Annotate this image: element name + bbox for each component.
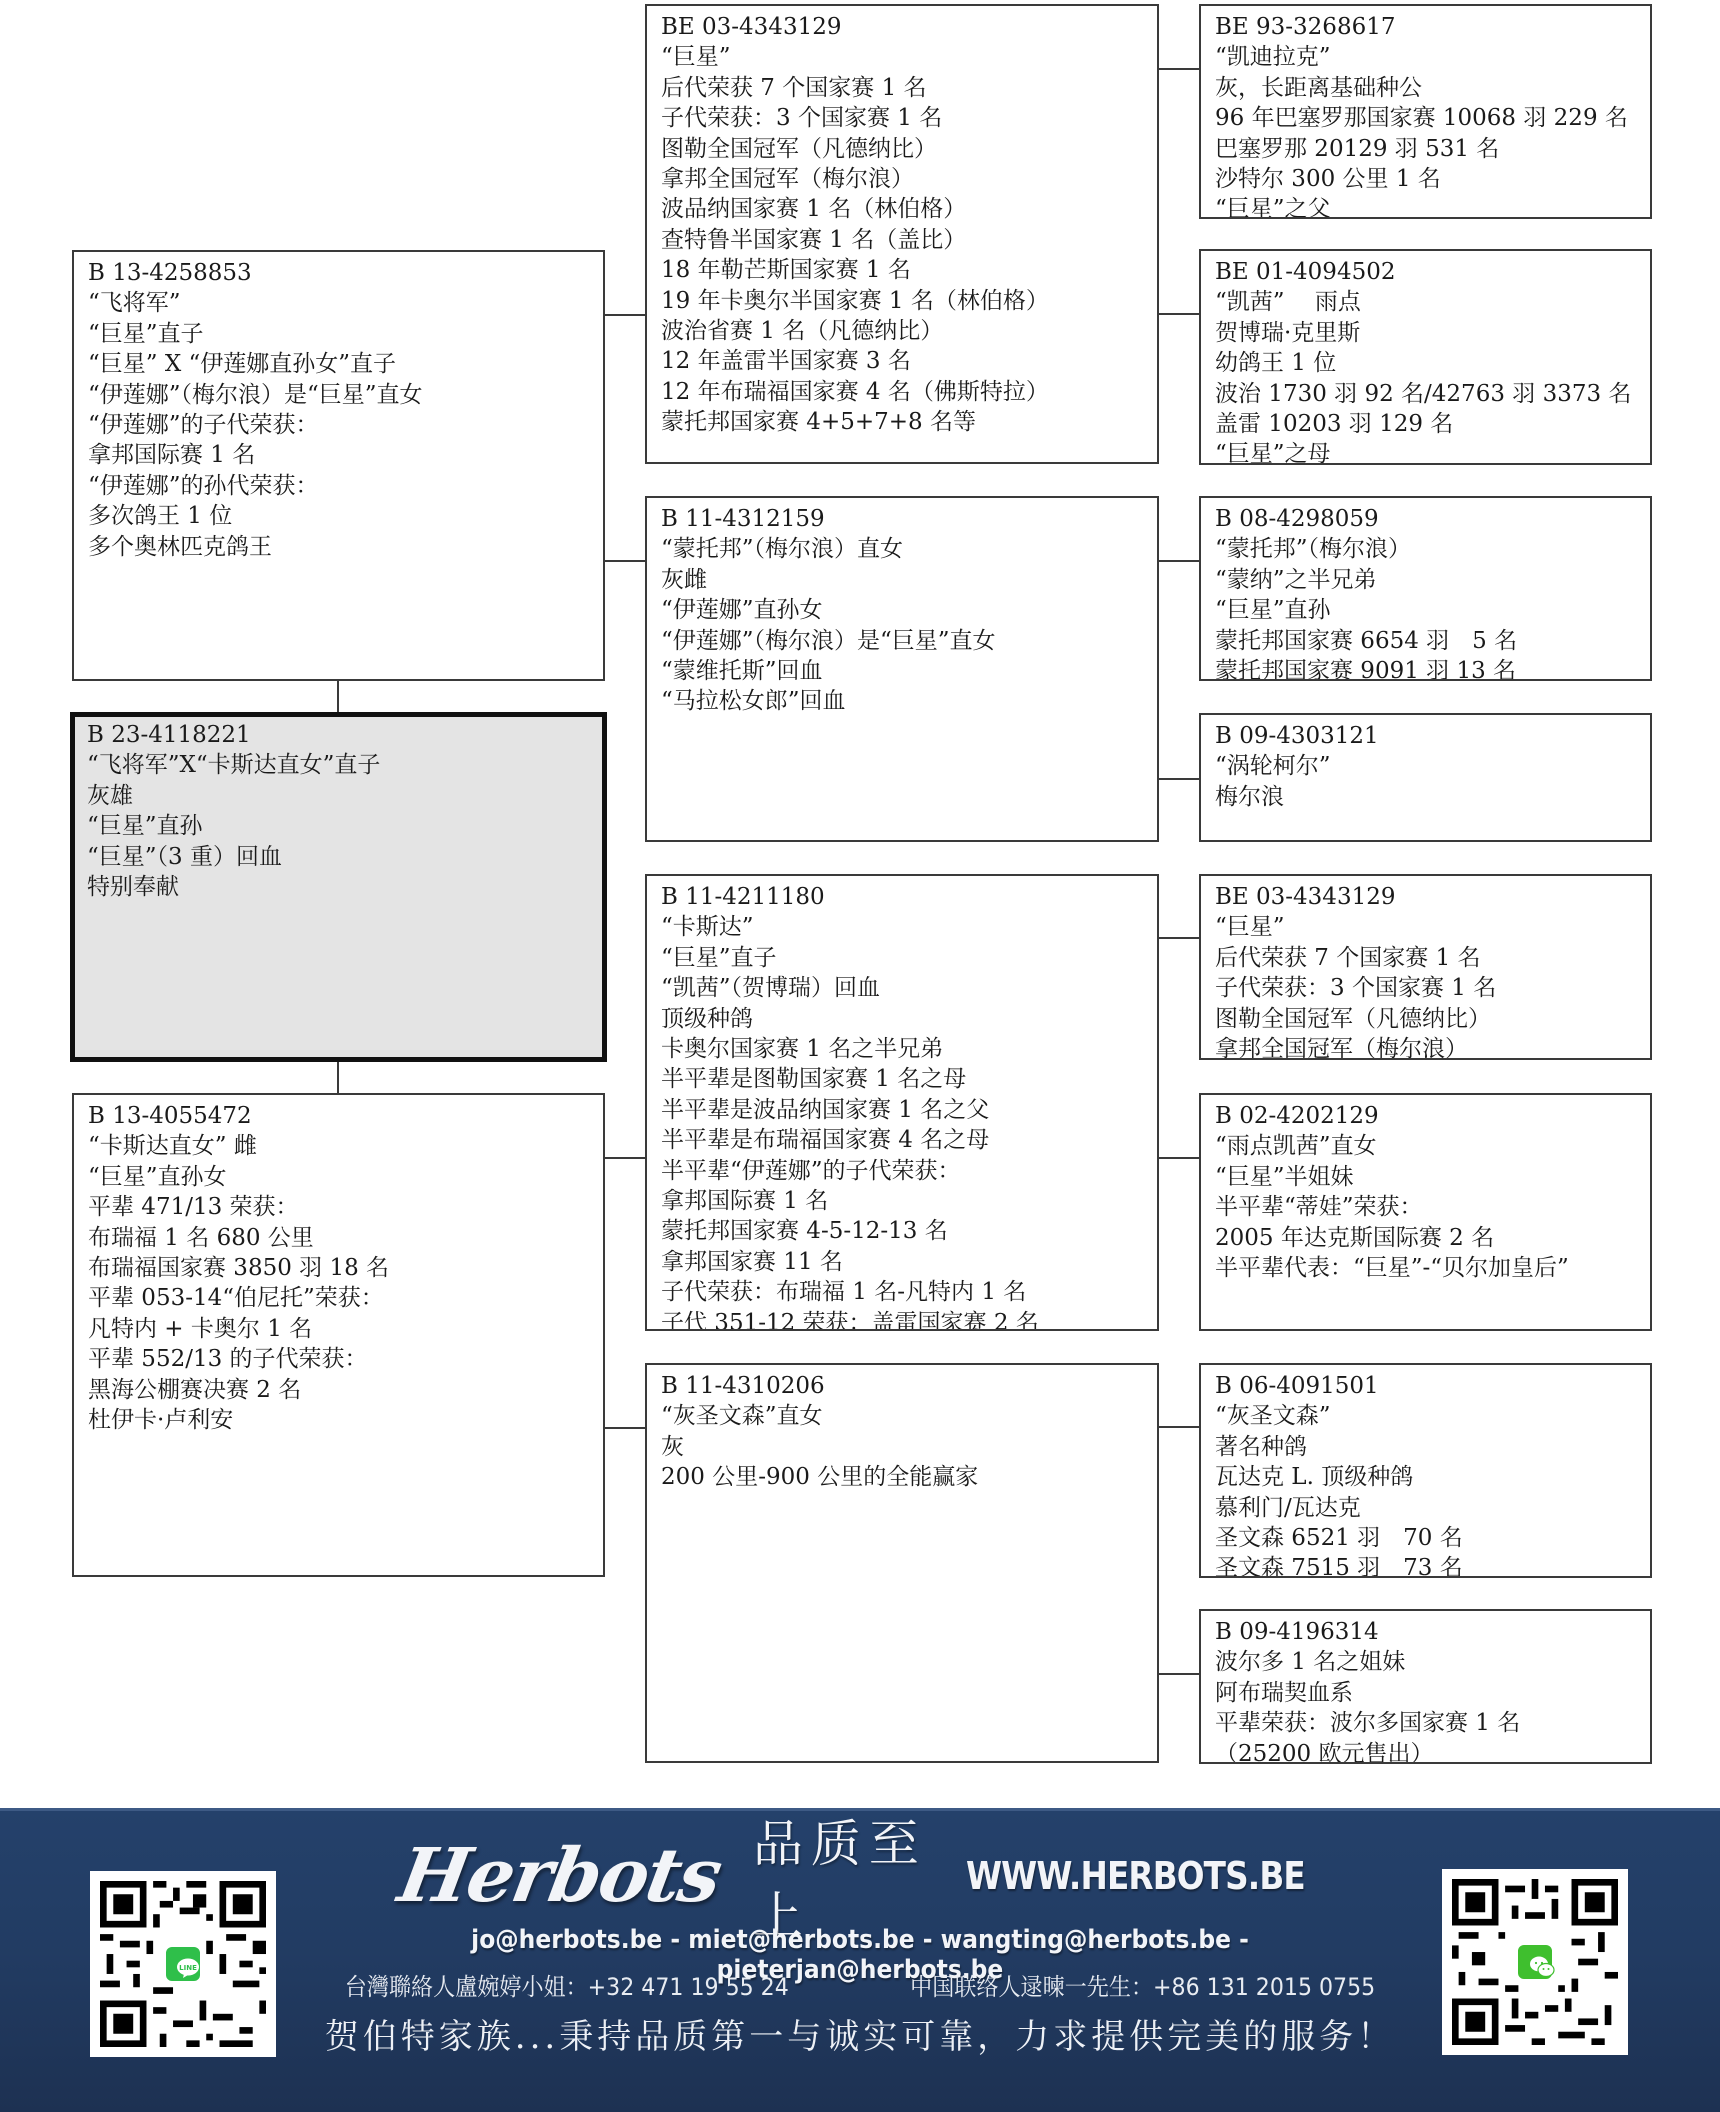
info-line: 灰雄 <box>87 781 590 811</box>
line-qr-code[interactable]: LINE <box>90 1871 276 2057</box>
info-line: “蒙维托斯”回血 <box>661 656 1143 686</box>
wechat-app-icon <box>1515 1942 1555 1982</box>
info-line: “蒙托邦”（梅尔浪）直女 <box>661 534 1143 564</box>
info-line: 96 年巴塞罗那国家赛 10068 羽 229 名 <box>1215 103 1636 133</box>
pedigree-ggp-box: B 02-4202129 “雨点凯茜”直女 “巨星”半姐妹 半平辈“蒂娃”荣获：… <box>1199 1093 1652 1331</box>
pedigree-ggp-box: B 09-4303121 “涡轮柯尔” 梅尔浪 <box>1199 713 1652 842</box>
pedigree-sire-box: B 13-4258853 “飞将军” “巨星”直子 “巨星” X “伊莲娜直孙女… <box>72 250 605 681</box>
info-line: “凯茜”（贺博瑞）回血 <box>661 973 1143 1003</box>
info-line: 幼鸽王 1 位 <box>1215 348 1636 378</box>
ring-number: BE 01-4094502 <box>1215 257 1636 287</box>
info-line: 波治 1730 羽 92 名/42763 羽 3373 名 <box>1215 379 1636 409</box>
info-line: 著名种鸽 <box>1215 1432 1636 1462</box>
info-line: 盖雷 10203 羽 129 名 <box>1215 409 1636 439</box>
connector <box>1158 937 1199 939</box>
info-line: 图勒全国冠军（凡德纳比） <box>661 134 1143 164</box>
info-line: 波治省赛 1 名（凡德纳比） <box>661 316 1143 346</box>
info-line: 半平辈是波品纳国家赛 1 名之父 <box>661 1095 1143 1125</box>
pedigree-sire-dam-box: B 11-4312159 “蒙托邦”（梅尔浪）直女 灰雌 “伊莲娜”直孙女 “伊… <box>645 496 1159 842</box>
info-line: 阿布瑞契血系 <box>1215 1678 1636 1708</box>
info-line: 拿邦国家赛 11 名 <box>661 1247 1143 1277</box>
info-line: 瓦达克 L. 顶级种鸽 <box>1215 1462 1636 1492</box>
pedigree-ggp-box: B 09-4196314 波尔多 1 名之姐妹 阿布瑞契血系 平辈荣获：波尔多国… <box>1199 1609 1652 1764</box>
info-line: 梅尔浪 <box>1215 782 1636 812</box>
ring-number: BE 93-3268617 <box>1215 12 1636 42</box>
info-line: “巨星”之母 <box>1215 439 1636 465</box>
info-line: 波尔多 1 名之姐妹 <box>1215 1647 1636 1677</box>
pedigree-dam-sire-box: B 11-4211180 “卡斯达” “巨星”直子 “凯茜”（贺博瑞）回血 顶级… <box>645 874 1159 1331</box>
connector <box>604 314 645 316</box>
info-line: “飞将军”X“卡斯达直女”直子 <box>87 750 590 780</box>
info-line: “伊莲娜”的子代荣获： <box>88 410 589 440</box>
info-line: “雨点凯茜”直女 <box>1215 1131 1636 1161</box>
info-line: 图勒全国冠军（凡德纳比） <box>1215 1004 1636 1034</box>
info-line: “灰圣文森” <box>1215 1401 1636 1431</box>
info-line: 半平辈是布瑞福国家赛 4 名之母 <box>661 1125 1143 1155</box>
info-line: “蒙托邦”（梅尔浪） <box>1215 534 1636 564</box>
info-line: 特别奉献 <box>87 872 590 902</box>
ring-number: B 13-4258853 <box>88 258 589 288</box>
info-line: 布瑞福 1 名 680 公里 <box>88 1223 589 1253</box>
pedigree-dam-dam-box: B 11-4310206 “灰圣文森”直女 灰 200 公里-900 公里的全能… <box>645 1363 1159 1763</box>
info-line: “凯茜” 雨点 <box>1215 287 1636 317</box>
info-line: “飞将军” <box>88 288 589 318</box>
info-line: 平辈 552/13 的子代荣获： <box>88 1344 589 1374</box>
info-line: “凯迪拉克” <box>1215 42 1636 72</box>
wechat-qr-code[interactable] <box>1442 1869 1628 2055</box>
info-line: 2005 年达克斯国际赛 2 名 <box>1215 1223 1636 1253</box>
info-line: 后代荣获 7 个国家赛 1 名 <box>661 73 1143 103</box>
ring-number: B 11-4310206 <box>661 1371 1143 1401</box>
info-line: “涡轮柯尔” <box>1215 751 1636 781</box>
connector <box>337 680 339 714</box>
connector <box>604 1157 645 1159</box>
connector <box>1158 560 1199 562</box>
info-line: “伊莲娜”直孙女 <box>661 595 1143 625</box>
ring-number: B 11-4312159 <box>661 504 1143 534</box>
contact-row: 台灣聯絡人盧婉婷小姐：+32 471 19 55 24 中国联络人逯暕一先生：+… <box>345 1967 1375 2002</box>
pedigree-ggp-box: B 08-4298059 “蒙托邦”（梅尔浪） “蒙纳”之半兄弟 “巨星”直孙 … <box>1199 496 1652 681</box>
ring-number: B 23-4118221 <box>87 720 590 750</box>
info-line: 半平辈“蒂娃”荣获： <box>1215 1192 1636 1222</box>
ring-number: B 02-4202129 <box>1215 1101 1636 1131</box>
info-line: “巨星”直孙 <box>1215 595 1636 625</box>
info-line: 灰 <box>661 1432 1143 1462</box>
info-line: 半平辈是图勒国家赛 1 名之母 <box>661 1064 1143 1094</box>
info-line: “蒙纳”之半兄弟 <box>1215 565 1636 595</box>
connector <box>1158 778 1199 780</box>
info-line: 贺博瑞·克里斯 <box>1215 318 1636 348</box>
company-tagline: 贺伯特家族...秉持品质第一与诚实可靠，力求提供完美的服务！ <box>300 2009 1420 2058</box>
ring-number: B 09-4303121 <box>1215 721 1636 751</box>
info-line: （25200 欧元售出） <box>1215 1739 1636 1764</box>
info-line: 19 年卡奥尔半国家赛 1 名（林伯格） <box>661 286 1143 316</box>
info-line: “伊莲娜”（梅尔浪）是“巨星”直女 <box>88 380 589 410</box>
connector <box>604 560 645 562</box>
info-line: 12 年盖雷半国家赛 3 名 <box>661 346 1143 376</box>
brand-row: Herbots 品质至上 WWW.HERBOTS.BE <box>400 1831 1360 1921</box>
info-line: “巨星”直孙 <box>87 811 590 841</box>
ring-number: B 06-4091501 <box>1215 1371 1636 1401</box>
connector <box>1158 313 1199 315</box>
ring-number: B 08-4298059 <box>1215 504 1636 534</box>
info-line: 拿邦全国冠军（梅尔浪） <box>1215 1034 1636 1060</box>
info-line: 子代荣获：3 个国家赛 1 名 <box>661 103 1143 133</box>
connector <box>337 1060 339 1094</box>
pedigree-ggp-box: B 06-4091501 “灰圣文森” 著名种鸽 瓦达克 L. 顶级种鸽 慕利门… <box>1199 1363 1652 1578</box>
contact-china: 中国联络人逯暕一先生：+86 131 2015 0755 <box>910 1967 1375 2002</box>
info-line: 杜伊卡·卢利安 <box>88 1405 589 1435</box>
pedigree-sire-sire-box: BE 03-4343129 “巨星” 后代荣获 7 个国家赛 1 名 子代荣获：… <box>645 4 1159 464</box>
info-line: 慕利门/瓦达克 <box>1215 1493 1636 1523</box>
info-line: 12 年布瑞福国家赛 4 名（佛斯特拉） <box>661 377 1143 407</box>
info-line: 平辈荣获：波尔多国家赛 1 名 <box>1215 1708 1636 1738</box>
info-line: 圣文森 6521 羽 70 名 <box>1215 1523 1636 1553</box>
info-line: 平辈 053-14“伯尼托”荣获： <box>88 1283 589 1313</box>
info-line: 蒙托邦国家赛 6654 羽 5 名 <box>1215 626 1636 656</box>
info-line: 沙特尔 300 公里 1 名 <box>1215 164 1636 194</box>
ring-number: B 13-4055472 <box>88 1101 589 1131</box>
info-line: 凡特内 + 卡奥尔 1 名 <box>88 1314 589 1344</box>
ring-number: B 11-4211180 <box>661 882 1143 912</box>
connector <box>1158 1426 1199 1428</box>
info-line: “伊莲娜”的孙代荣获： <box>88 471 589 501</box>
pedigree-ggp-box: BE 93-3268617 “凯迪拉克” 灰，长距离基础种公 96 年巴塞罗那国… <box>1199 4 1652 219</box>
info-line: 后代荣获 7 个国家赛 1 名 <box>1215 943 1636 973</box>
ring-number: BE 03-4343129 <box>1215 882 1636 912</box>
info-line: “巨星”半姐妹 <box>1215 1162 1636 1192</box>
connector <box>604 1427 645 1429</box>
info-line: “巨星”（3 重）回血 <box>87 842 590 872</box>
line-app-icon: LINE <box>163 1944 203 1984</box>
info-line: 巴塞罗那 20129 羽 531 名 <box>1215 134 1636 164</box>
connector <box>1158 1157 1199 1159</box>
info-line: 卡奥尔国家赛 1 名之半兄弟 <box>661 1034 1143 1064</box>
info-line: 顶级种鸽 <box>661 1004 1143 1034</box>
info-line: “巨星” <box>661 42 1143 72</box>
info-line: 半平辈“伊莲娜”的子代荣获： <box>661 1156 1143 1186</box>
info-line: 平辈 471/13 荣获： <box>88 1192 589 1222</box>
info-line: “卡斯达直女” 雌 <box>88 1131 589 1161</box>
pedigree-subject-box: B 23-4118221 “飞将军”X“卡斯达直女”直子 灰雄 “巨星”直孙 “… <box>70 712 607 1062</box>
info-line: 拿邦全国冠军（梅尔浪） <box>661 164 1143 194</box>
info-line: 子代荣获：3 个国家赛 1 名 <box>1215 973 1636 1003</box>
svg-text:LINE: LINE <box>179 1964 197 1972</box>
info-line: “伊莲娜”（梅尔浪）是“巨星”直女 <box>661 626 1143 656</box>
info-line: 拿邦国际赛 1 名 <box>88 440 589 470</box>
info-line: 灰雌 <box>661 565 1143 595</box>
info-line: 蒙托邦国家赛 4+5+7+8 名等 <box>661 407 1143 437</box>
footer-banner: LINE Herbots 品质至上 WWW.HERBOTS.BE jo@herb… <box>0 1808 1720 2112</box>
contact-taiwan: 台灣聯絡人盧婉婷小姐：+32 471 19 55 24 <box>345 1967 789 2002</box>
info-line: 波品纳国家赛 1 名（林伯格） <box>661 194 1143 224</box>
info-line: 多次鸽王 1 位 <box>88 501 589 531</box>
info-line: 蒙托邦国家赛 9091 羽 13 名 <box>1215 656 1636 681</box>
website-link[interactable]: WWW.HERBOTS.BE <box>966 1854 1305 1898</box>
ring-number: B 09-4196314 <box>1215 1617 1636 1647</box>
info-line: “巨星”之父 <box>1215 194 1636 219</box>
connector <box>1158 1673 1199 1675</box>
info-line: 黑海公棚赛决赛 2 名 <box>88 1375 589 1405</box>
info-line: 多个奥林匹克鸽王 <box>88 532 589 562</box>
info-line: 圣文森 7515 羽 73 名 <box>1215 1553 1636 1578</box>
info-line: 拿邦国际赛 1 名 <box>661 1186 1143 1216</box>
info-line: “灰圣文森”直女 <box>661 1401 1143 1431</box>
info-line: 查特鲁半国家赛 1 名（盖比） <box>661 225 1143 255</box>
info-line: 蒙托邦国家赛 4-5-12-13 名 <box>661 1216 1143 1246</box>
connector <box>1158 68 1199 70</box>
herbots-logo: Herbots <box>392 1833 726 1919</box>
info-line: 半平辈代表：“巨星”-“贝尔加皇后” <box>1215 1253 1636 1283</box>
info-line: “马拉松女郎”回血 <box>661 686 1143 716</box>
info-line: 子代荣获：布瑞福 1 名-凡特内 1 名 <box>661 1277 1143 1307</box>
pedigree-ggp-box: BE 03-4343129 “巨星” 后代荣获 7 个国家赛 1 名 子代荣获：… <box>1199 874 1652 1060</box>
info-line: “巨星”直子 <box>88 319 589 349</box>
info-line: 灰，长距离基础种公 <box>1215 73 1636 103</box>
pedigree-dam-box: B 13-4055472 “卡斯达直女” 雌 “巨星”直孙女 平辈 471/13… <box>72 1093 605 1577</box>
info-line: “卡斯达” <box>661 912 1143 942</box>
info-line: 子代 351-12 荣获：盖雷国家赛 2 名 <box>661 1308 1143 1331</box>
info-line: “巨星” <box>1215 912 1636 942</box>
info-line: 布瑞福国家赛 3850 羽 18 名 <box>88 1253 589 1283</box>
info-line: “巨星”直孙女 <box>88 1162 589 1192</box>
info-line: “巨星” X “伊莲娜直孙女”直子 <box>88 349 589 379</box>
info-line: 18 年勒芒斯国家赛 1 名 <box>661 255 1143 285</box>
ring-number: BE 03-4343129 <box>661 12 1143 42</box>
pedigree-ggp-box: BE 01-4094502 “凯茜” 雨点 贺博瑞·克里斯 幼鸽王 1 位 波治… <box>1199 249 1652 465</box>
info-line: 200 公里-900 公里的全能赢家 <box>661 1462 1143 1492</box>
info-line: “巨星”直子 <box>661 943 1143 973</box>
